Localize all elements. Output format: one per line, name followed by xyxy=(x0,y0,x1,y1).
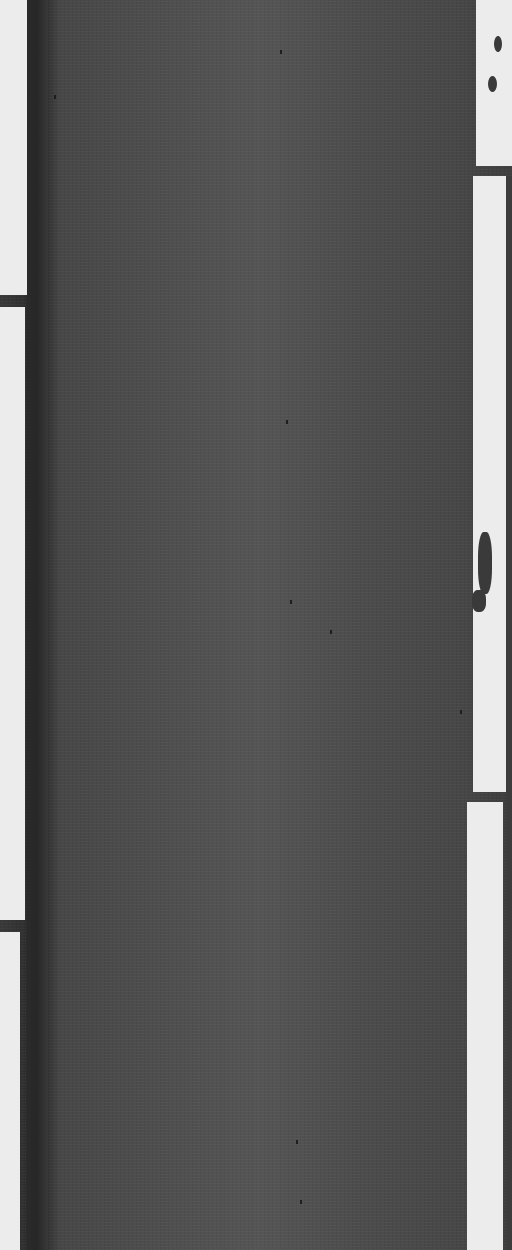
debris-specks xyxy=(0,0,512,1250)
road-image xyxy=(0,0,512,1250)
